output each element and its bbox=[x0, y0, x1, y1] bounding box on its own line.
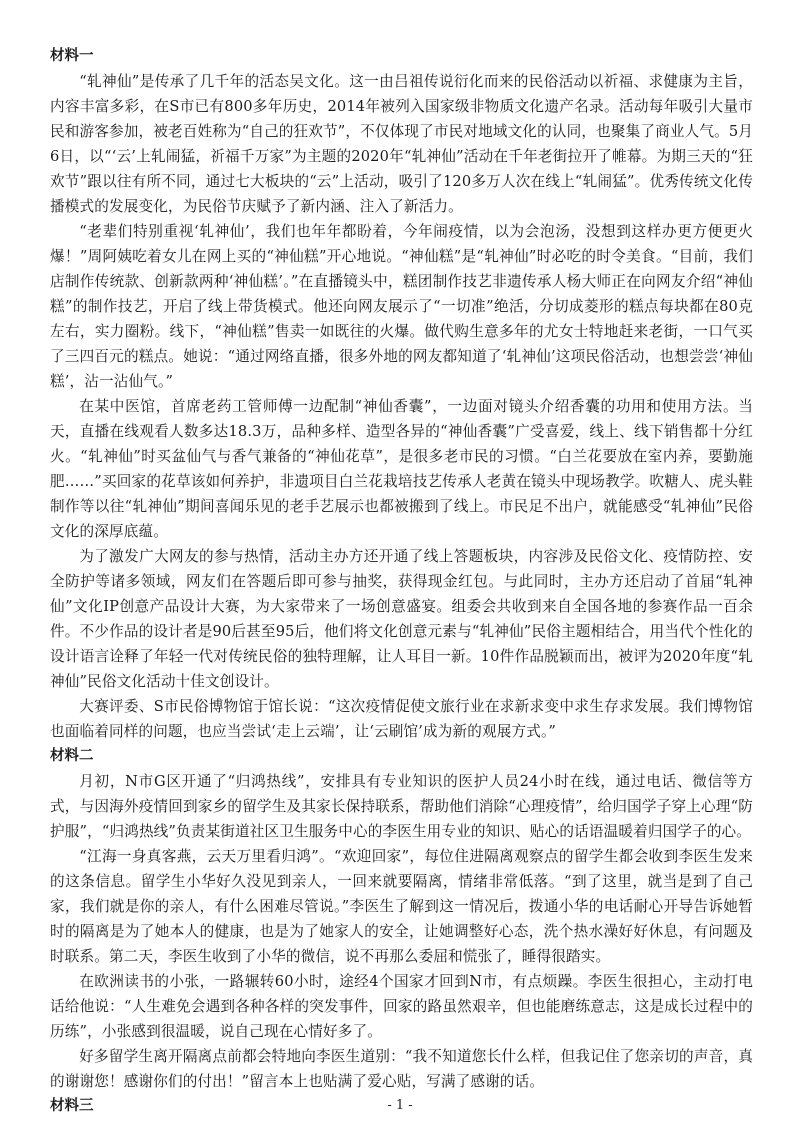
paragraph: 好多留学生离开隔离点前都会特地向李医生道别：“我不知道您长什么样，但我记住了您亲… bbox=[50, 1044, 753, 1094]
paragraph: 在某中医馆，首席老药工管师傅一边配制“神仙香囊”，一边面对镜头介绍香囊的功用和使… bbox=[50, 394, 753, 544]
page-number: - 1 - bbox=[0, 1098, 800, 1113]
section-heading-2: 材料二 bbox=[50, 744, 753, 769]
document-page: 材料一 “轧神仙”是传承了几千年的活态吴文化。这一由吕祖传说衍化而来的民俗活动以… bbox=[50, 44, 753, 1119]
paragraph: “江海一身真客燕，云天万里看归鸿”。“欢迎回家”，每位住进隔离观察点的留学生都会… bbox=[50, 844, 753, 969]
paragraph: 为了激发广大网友的参与热情，活动主办方还开通了线上答题板块，内容涉及民俗文化、疫… bbox=[50, 544, 753, 694]
paragraph: “轧神仙”是传承了几千年的活态吴文化。这一由吕祖传说衍化而来的民俗活动以祈福、求… bbox=[50, 69, 753, 219]
paragraph: 月初，N市G区开通了“归鸿热线”，安排具有专业知识的医护人员24小时在线，通过电… bbox=[50, 769, 753, 844]
section-heading-1: 材料一 bbox=[50, 44, 753, 69]
paragraph: 在欧洲读书的小张，一路辗转60小时，途经4个国家才回到N市，有点烦躁。李医生很担… bbox=[50, 969, 753, 1044]
paragraph: “老辈们特别重视‘轧神仙’，我们也年年都盼着，今年闹疫情，以为会泡汤，没想到这样… bbox=[50, 219, 753, 394]
paragraph: 大赛评委、S市民俗博物馆于馆长说：“这次疫情促使文旅行业在求新求变中求生存求发展… bbox=[50, 694, 753, 744]
